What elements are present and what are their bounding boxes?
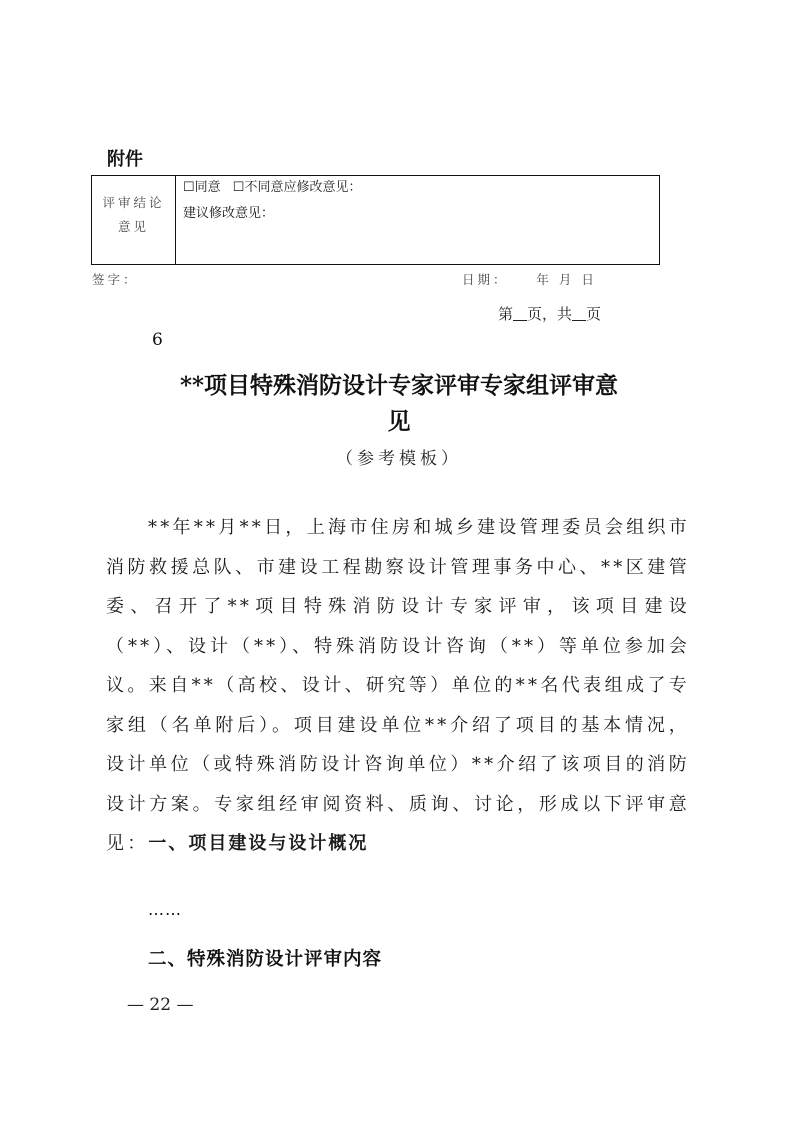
page-count: 第页，共页 <box>498 303 601 324</box>
suggestion-label: 建议修改意见： <box>183 204 659 224</box>
attachment-label: 附件 <box>107 145 143 171</box>
date-fields: 年 月 日 <box>509 272 597 287</box>
review-conclusion-content-cell[interactable]: ☐同意 ☐不同意应修改意见： 建议修改意见： <box>176 176 659 264</box>
review-conclusion-table: 评审结论 意见 ☐同意 ☐不同意应修改意见： 建议修改意见： <box>91 175 660 265</box>
body-paragraph-text: **年**月**日，上海市住房和城乡建设管理委员会组织市消防救援总队、市建设工程… <box>106 517 690 854</box>
signature-label: 签字： <box>92 270 139 288</box>
agree-checkbox[interactable]: ☐同意 <box>183 180 221 195</box>
disagree-checkbox[interactable]: ☐不同意应修改意见： <box>233 180 362 195</box>
document-subtitle: （参考模板） <box>110 444 688 469</box>
review-conclusion-label-line1: 评审结论 <box>102 191 164 215</box>
page-number-footer: — 22 — <box>127 995 193 1015</box>
page-count-middle: 页，共 <box>527 305 572 323</box>
section-two-heading: 二、特殊消防设计评审内容 <box>148 945 382 971</box>
document-title-line1: **项目特殊消防设计专家评审专家组评审意 <box>110 368 688 404</box>
ellipsis: …… <box>148 900 182 919</box>
document-title-line2: 见 <box>110 404 688 440</box>
document-title: **项目特殊消防设计专家评审专家组评审意 见 <box>110 368 688 440</box>
date-label: 日期： <box>462 272 509 287</box>
page-current-blank[interactable] <box>513 306 527 321</box>
page-total-blank[interactable] <box>572 306 586 321</box>
review-conclusion-label-line2: 意见 <box>118 215 149 239</box>
item-number: 6 <box>152 330 163 350</box>
review-options: ☐同意 ☐不同意应修改意见： <box>183 178 659 198</box>
page-count-suffix: 页 <box>586 305 601 323</box>
date-line: 日期： 年 月 日 <box>462 270 597 288</box>
section-one-heading: 一、项目建设与设计概况 <box>148 833 368 854</box>
review-conclusion-label-cell: 评审结论 意见 <box>92 176 176 264</box>
body-paragraph: **年**月**日，上海市住房和城乡建设管理委员会组织市消防救援总队、市建设工程… <box>106 508 690 864</box>
page-count-prefix: 第 <box>498 305 513 323</box>
